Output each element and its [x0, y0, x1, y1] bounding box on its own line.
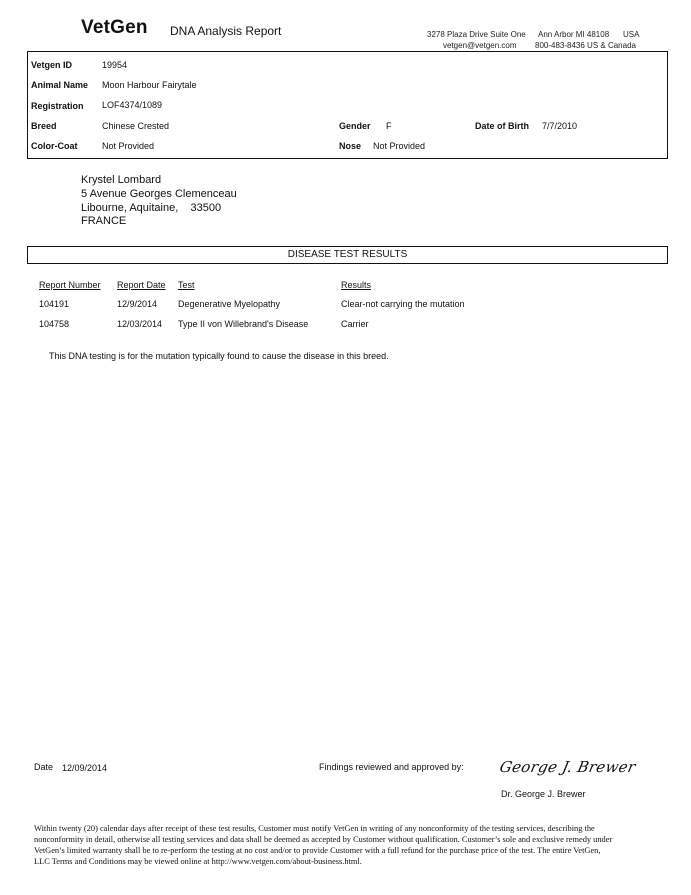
gender-label: Gender	[339, 121, 371, 131]
test-name: Type II von Willebrand's Disease	[178, 319, 308, 329]
vetgen-id-label: Vetgen ID	[31, 60, 72, 70]
report-date: 12/03/2014	[117, 319, 162, 329]
gender-value: F	[386, 121, 392, 131]
contact-phone: 800-483-8436 US & Canada	[535, 41, 636, 50]
breed-label: Breed	[31, 121, 57, 131]
breed-value: Chinese Crested	[102, 121, 169, 131]
color-coat-label: Color-Coat	[31, 141, 78, 151]
test-result: Carrier	[341, 319, 369, 329]
owner-name: Krystel Lombard	[81, 174, 161, 186]
address-country: USA	[623, 30, 639, 39]
report-number: 104758	[39, 319, 69, 329]
contact-email: vetgen@vetgen.com	[443, 41, 517, 50]
vetgen-id-value: 19954	[102, 60, 127, 70]
owner-country: FRANCE	[81, 215, 126, 227]
col-report-date: Report Date	[117, 280, 166, 290]
owner-city: Libourne, Aquitaine, 33500	[81, 202, 221, 214]
registration-value: LOF4374/1089	[102, 100, 162, 110]
col-results: Results	[341, 280, 371, 290]
col-test: Test	[178, 280, 195, 290]
report-date: 12/9/2014	[117, 299, 157, 309]
test-result: Clear-not carrying the mutation	[341, 299, 465, 309]
registration-label: Registration	[31, 101, 84, 111]
disclaimer-note: This DNA testing is for the mutation typ…	[49, 351, 389, 361]
test-name: Degenerative Myelopathy	[178, 299, 280, 309]
report-title: DNA Analysis Report	[170, 24, 281, 38]
nose-value: Not Provided	[373, 141, 425, 151]
findings-label: Findings reviewed and approved by:	[319, 762, 464, 772]
owner-street: 5 Avenue Georges Clemenceau	[81, 188, 237, 200]
animal-name-value: Moon Harbour Fairytale	[102, 80, 197, 90]
signature: George J. Brewer	[498, 758, 637, 776]
address-city: Ann Arbor MI 48108	[538, 30, 609, 39]
nose-label: Nose	[339, 141, 361, 151]
color-coat-value: Not Provided	[102, 141, 154, 151]
animal-name-label: Animal Name	[31, 80, 88, 90]
col-report-number: Report Number	[39, 280, 101, 290]
section-title: DISEASE TEST RESULTS	[27, 246, 668, 264]
signer-name: Dr. George J. Brewer	[501, 789, 586, 799]
report-number: 104191	[39, 299, 69, 309]
address-street: 3278 Plaza Drive Suite One	[427, 30, 526, 39]
terms-disclaimer: Within twenty (20) calendar days after r…	[34, 823, 614, 867]
date-label: Date	[34, 762, 53, 772]
brand-logo: VetGen	[81, 17, 148, 39]
date-value: 12/09/2014	[62, 763, 107, 773]
dob-value: 7/7/2010	[542, 121, 577, 131]
dob-label: Date of Birth	[475, 121, 529, 131]
